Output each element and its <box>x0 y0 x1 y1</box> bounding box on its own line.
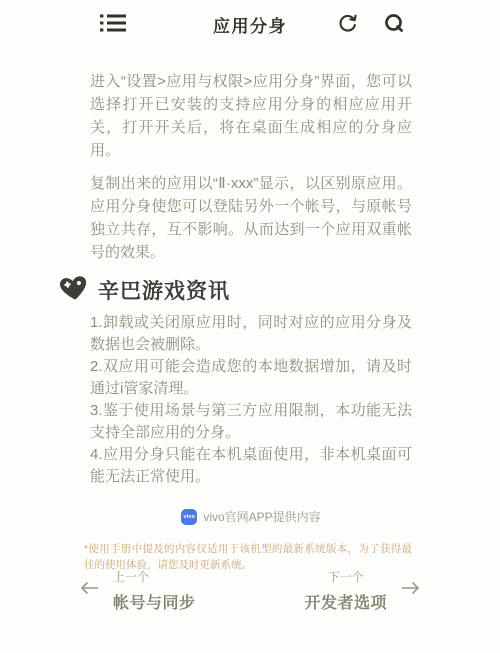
watermark: 辛巴游戏资讯 <box>57 272 412 308</box>
heart-gamepad-logo-icon <box>55 270 94 310</box>
refresh-button[interactable] <box>333 11 361 37</box>
arrow-left-icon <box>80 581 99 600</box>
source-badge-label: vivo官网APP提供内容 <box>203 508 320 525</box>
next-nav-label: 开发者选项 <box>304 590 387 613</box>
header: 应用分身 <box>0 0 500 48</box>
app-clone-help-page: 应用分身 进入“设置>应用与权限>应用分身”界面，您可以选择打开已安装的支持应用… <box>0 0 500 653</box>
note-item: 3.鉴于使用场景与第三方应用限制，本功能无法支持全部应用的分身。 <box>90 400 412 444</box>
footer-nav: 上一个 帐号与同步 下一个 开发者选项 <box>0 568 500 613</box>
content: 进入“设置>应用与权限>应用分身”界面，您可以选择打开已安装的支持应用分身的相应… <box>0 70 500 573</box>
next-caption: 下一个 <box>328 568 364 585</box>
note-item: 2.双应用可能会造成您的本地数据增加，请及时通过i管家清理。 <box>90 356 412 400</box>
search-button[interactable] <box>380 11 408 37</box>
intro-paragraph-1: 进入“设置>应用与权限>应用分身”界面，您可以选择打开已安装的支持应用分身的相应… <box>90 70 412 162</box>
search-icon <box>383 12 405 37</box>
next-nav[interactable]: 下一个 开发者选项 <box>304 568 420 613</box>
notes-list: 1.卸载或关闭原应用时，同时对应的应用分身及数据也会被删除。 2.双应用可能会造… <box>90 312 412 488</box>
source-badge: vivo vivo官网APP提供内容 <box>90 508 412 525</box>
prev-nav-label: 帐号与同步 <box>113 590 196 613</box>
note-item: 4.应用分身只能在本机桌面使用，非本机桌面可能无法正常使用。 <box>90 444 412 488</box>
arrow-right-icon <box>401 581 420 600</box>
vivo-app-icon: vivo <box>181 509 197 525</box>
watermark-text: 辛巴游戏资讯 <box>98 275 230 305</box>
prev-nav[interactable]: 上一个 帐号与同步 <box>80 568 196 613</box>
intro-paragraph-2: 复制出来的应用以“Ⅱ·xxx”显示，以区别原应用。应用分身使您可以登陆另外一个帐… <box>90 172 412 264</box>
refresh-icon <box>336 11 359 37</box>
note-item: 1.卸载或关闭原应用时，同时对应的应用分身及数据也会被删除。 <box>90 312 412 356</box>
prev-caption: 上一个 <box>113 568 149 585</box>
page-title: 应用分身 <box>0 12 500 37</box>
